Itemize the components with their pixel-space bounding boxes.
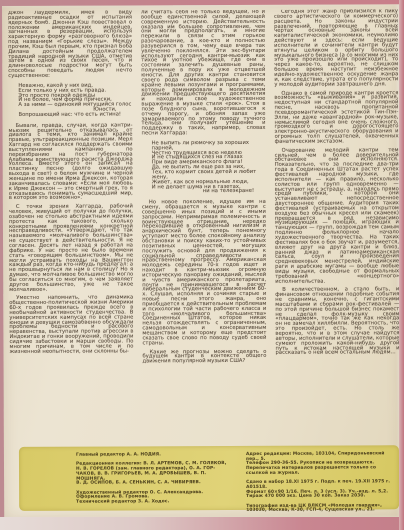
paragraph: С точки зрения Хаггарда, рабочий человек… — [9, 205, 133, 293]
paragraph: Сегодня этот жанр приблизился к пику сво… — [274, 9, 398, 87]
publisher-info-block: Адрес редакции: Москва, 103104, Спиридон… — [246, 452, 391, 514]
paragraph: Уместно напомнить, что динамика обществе… — [9, 296, 133, 355]
scanned-magazine-page: { "document": { "kind": "scanned magazin… — [0, 0, 404, 530]
paragraph: Но новое поколение, идущее им на смену, … — [142, 200, 267, 346]
article-text-columns: Джон Лаудермилк, имея в виду радиоактивн… — [8, 9, 400, 447]
scan-right-edge — [399, 0, 404, 530]
text-column-middle: ли считать себя не только ведущей, но и … — [141, 10, 267, 447]
text-column-left: Джон Лаудермилк, имея в виду радиоактивн… — [8, 10, 134, 447]
paragraph: Однако в самой природе кантри кроется во… — [274, 91, 398, 145]
editorial-staff-block: Главный редактор А. А. НОДИЯ. Редакционн… — [76, 453, 232, 505]
text-column-right: Сегодня этот жанр приблизился к пику сво… — [274, 9, 400, 446]
imprint-colophon-box: Главный редактор А. А. НОДИЯ. Редакционн… — [19, 445, 399, 511]
song-quote-verse: Неважно, какой у них вид, Если только у … — [18, 83, 132, 117]
paragraph: Какие же прогнозы можно сделать о будуще… — [143, 349, 267, 364]
paragraph: Бывали, правда, случаи, когда кантри-мью… — [9, 123, 133, 201]
paragraph: ли считать себя не только ведущей, но и … — [141, 10, 266, 136]
paragraph: В количественном, а стало быть, и финанс… — [275, 288, 399, 356]
paragraph: Джон Лаудермилк, имея в виду радиоактивн… — [8, 10, 132, 78]
song-quote-verse: Не выпить ли рюмочку за хороших парней, … — [152, 141, 266, 195]
magazine-page-paper: Джон Лаудермилк, имея в виду радиоактивн… — [2, 4, 401, 519]
scan-bottom-edge — [0, 517, 404, 530]
paragraph: Очарование мелодий кантри тем сильней, ч… — [275, 148, 400, 284]
